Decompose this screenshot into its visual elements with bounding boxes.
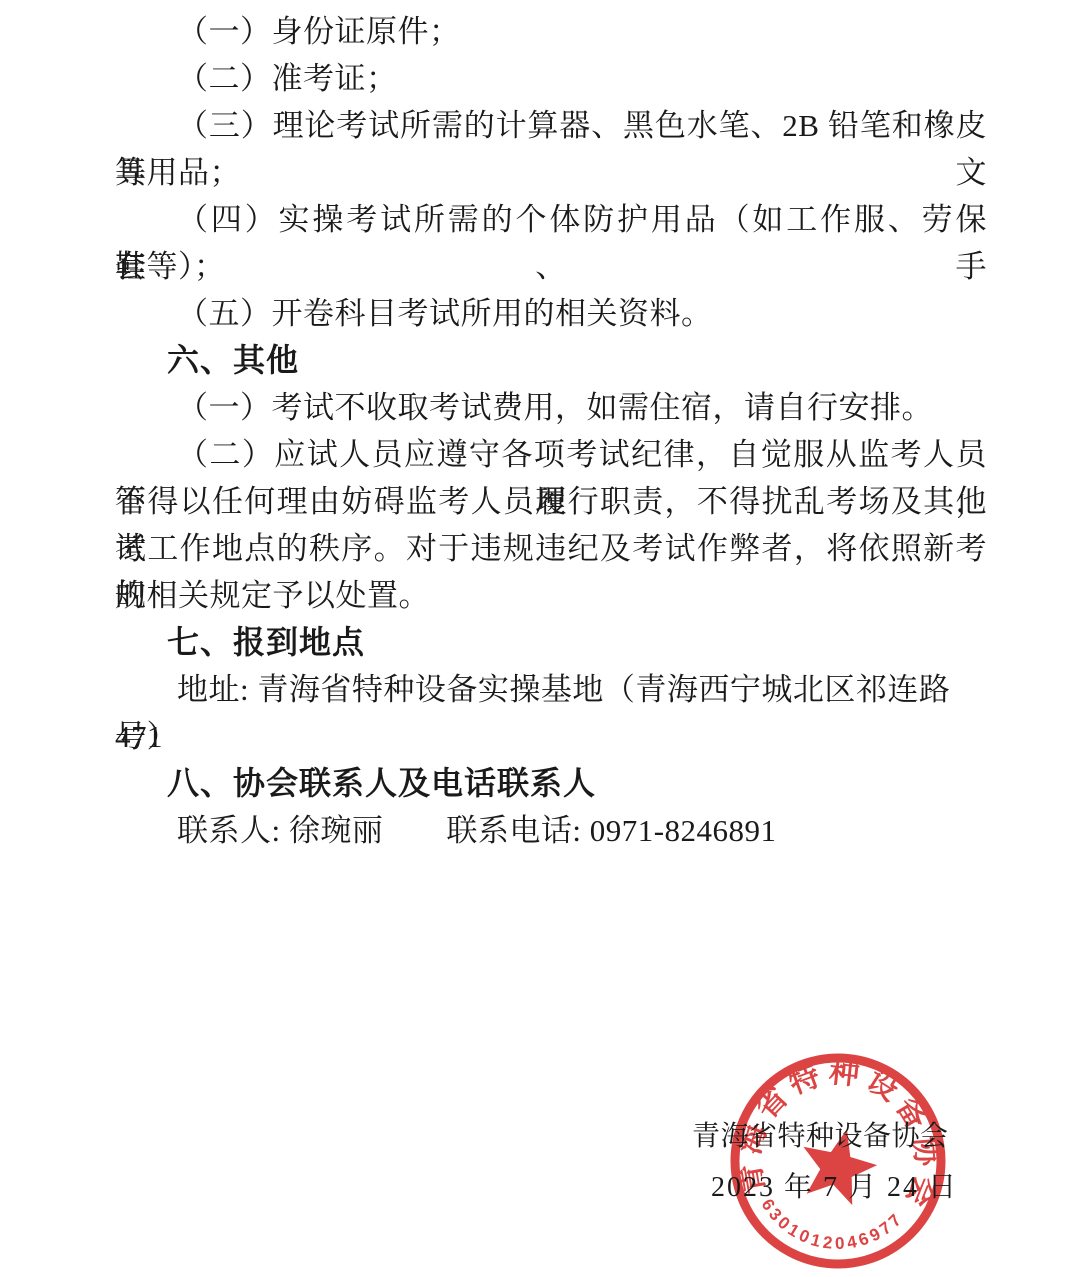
document-line: （一）考试不收取考试费用，如需住宿，请自行安排。: [115, 384, 987, 431]
document-line: 的相关规定予以处置。: [115, 572, 987, 619]
section-heading: 七、报到地点: [115, 619, 987, 666]
document-line: （三）理论考试所需的计算器、黑色水笔、2B 铅笔和橡皮等文: [115, 102, 987, 149]
document-body: （一）身份证原件；（二）准考证；（三）理论考试所需的计算器、黑色水笔、2B 铅笔…: [115, 8, 987, 854]
document-line: （四）实操考试所需的个体防护用品（如工作服、劳保鞋、手: [115, 196, 987, 243]
document-line: 地址: 青海省特种设备实操基地（青海西宁城北区祁连路 471: [115, 666, 987, 713]
section-heading: 六、其他: [115, 337, 987, 384]
official-seal-stamp: 青海省特种设备协会 6301012046977: [727, 1050, 949, 1272]
document-line: 号）: [115, 713, 987, 760]
document-line: （一）身份证原件；: [115, 8, 987, 55]
signature-organization: 青海省特种设备协会: [692, 1119, 949, 1155]
document-line: 联系人: 徐琬丽 联系电话: 0971-8246891: [115, 807, 987, 854]
document-line: （二）应试人员应遵守各项考试纪律，自觉服从监考人员管理，: [115, 431, 987, 478]
section-heading: 八、协会联系人及电话联系人: [115, 760, 987, 807]
document-line: （五）开卷科目考试所用的相关资料。: [115, 290, 987, 337]
document-line: 试工作地点的秩序。对于违规违纪及考试作弊者，将依照新考规: [115, 525, 987, 572]
signature-date: 2023 年 7 月 24 日: [711, 1170, 958, 1206]
document-line: 不得以任何理由妨碍监考人员履行职责，不得扰乱考场及其他考: [115, 478, 987, 525]
document-line: （二）准考证；: [115, 55, 987, 102]
